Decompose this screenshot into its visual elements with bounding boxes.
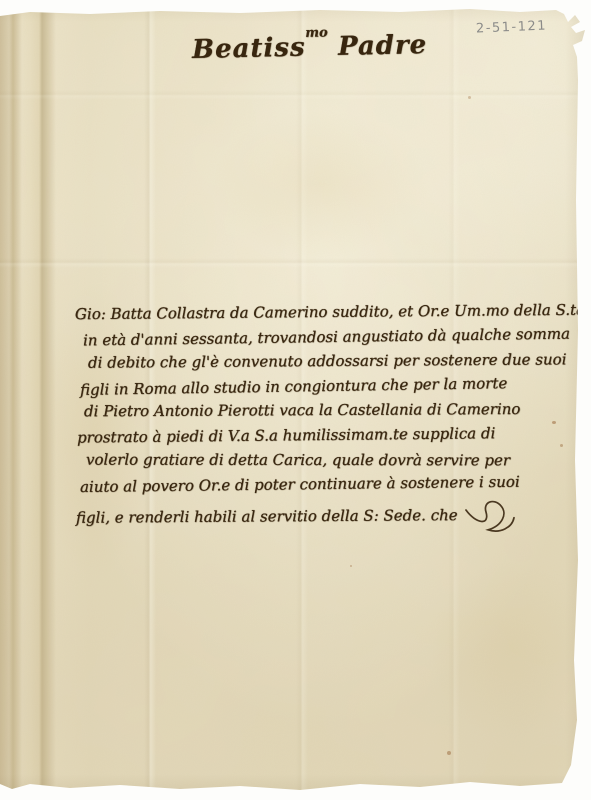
age-stain [430, 560, 590, 740]
letter-line-text: di Pietro Antonio Pierotti vaca la Caste… [84, 400, 521, 420]
letter-line-text: in età d'anni sessanta, trovandosi angus… [83, 324, 570, 349]
letter-line-text: aiuto al povero Or.e di poter continuare… [80, 473, 520, 496]
salutation-word: Padre [338, 30, 428, 62]
archival-number-pencil: 2-51-121 [476, 18, 548, 36]
salutation-heading: Beatissmo Padre [192, 24, 413, 67]
ink-flourish-icon [463, 495, 515, 535]
foxing-speck [447, 751, 451, 755]
letter-line-text: di debito che gl'è convenuto addossarsi … [88, 351, 567, 372]
manuscript-scan: 2-51-121 Beatissmo Padre Gio: Batta Coll… [0, 0, 591, 800]
salutation-word: Beatiss [192, 33, 306, 65]
letter-line-text: Gio: Batta Collastra da Camerino suddito… [75, 300, 591, 323]
fold-crease-horizontal [0, 90, 591, 100]
foxing-speck [468, 96, 471, 99]
letter-body: Gio: Batta Collastra da Camerino suddito… [73, 300, 575, 537]
letter-line-text: figli in Roma allo studio in congiontura… [80, 374, 508, 399]
letter-line: figli, e renderli habili al servitio del… [76, 495, 575, 538]
fold-crease-horizontal [0, 258, 591, 268]
paper-sheet: 2-51-121 Beatissmo Padre Gio: Batta Coll… [0, 0, 591, 800]
letter-line: prostrato à piedi di V.a S.a humilissima… [77, 420, 575, 450]
letter-line: volerlo gratiare di detta Carica, quale … [86, 447, 575, 472]
letter-line-text: volerlo gratiare di detta Carica, quale … [86, 450, 510, 469]
letter-line-text: prostrato à piedi di V.a S.a humilissima… [77, 424, 496, 446]
age-stain [210, 110, 430, 260]
foxing-speck [350, 565, 352, 567]
letter-line-text: figli, e renderli habili al servitio del… [76, 506, 458, 527]
salutation-superscript: mo [305, 25, 328, 40]
